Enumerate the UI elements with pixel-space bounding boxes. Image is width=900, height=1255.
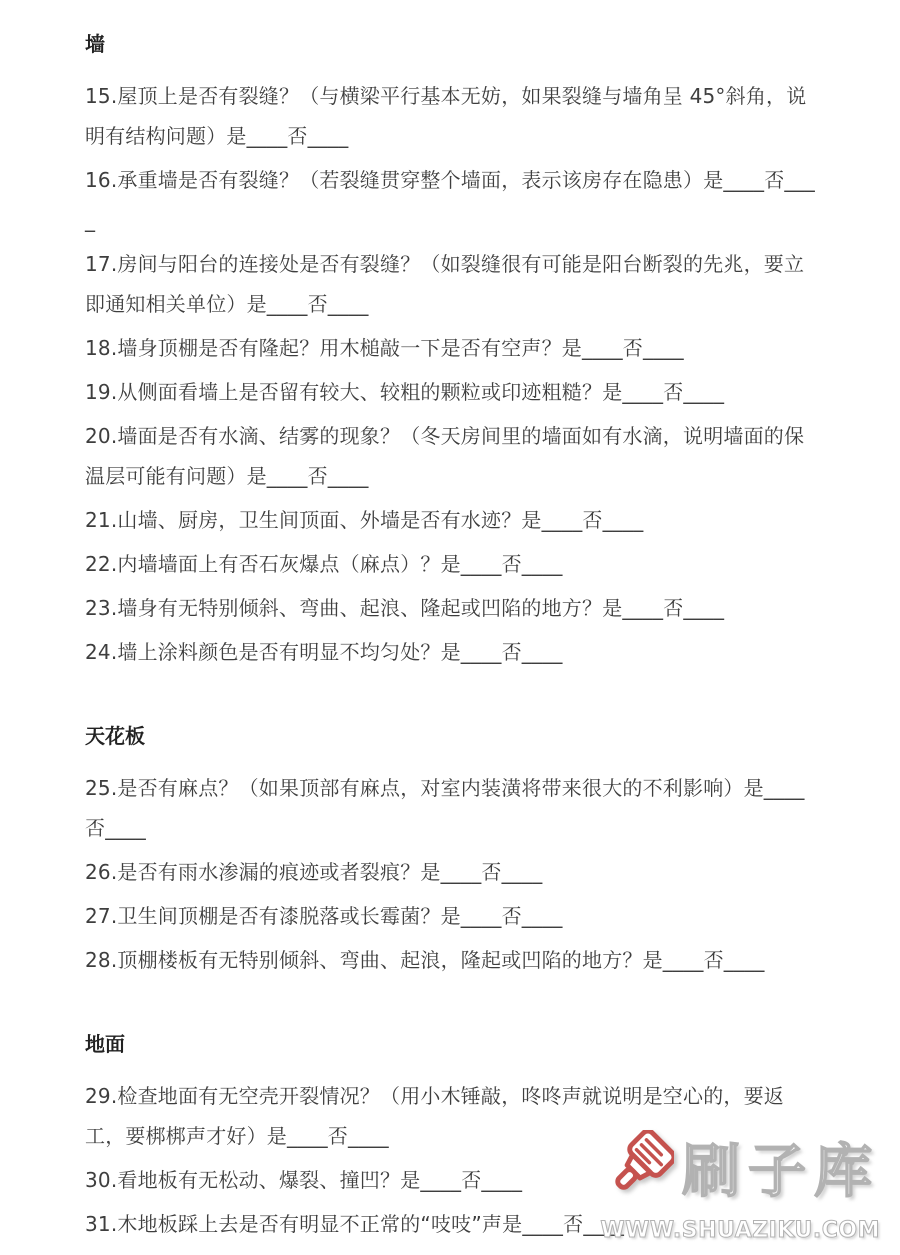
question-item: 27.卫生间顶棚是否有漆脱落或长霉菌？是____否____	[85, 896, 816, 936]
question-item: 24.墙上涂料颜色是否有明显不均匀处？是____否____	[85, 632, 816, 672]
question-item: 22.内墙墙面上有否石灰爆点（麻点）？是____否____	[85, 544, 816, 584]
question-item: 19.从侧面看墙上是否留有较大、较粗的颗粒或印迹粗糙？是____否____	[85, 372, 816, 412]
section-title: 天花板	[85, 716, 816, 756]
question-item: 23.墙身有无特别倾斜、弯曲、起浪、隆起或凹陷的地方？是____否____	[85, 588, 816, 628]
question-item: 18.墙身顶棚是否有隆起？用木槌敲一下是否有空声？是____否____	[85, 328, 816, 368]
document-page: 墙15.屋顶上是否有裂缝？（与横梁平行基本无妨，如果裂缝与墙角呈 45°斜角，说…	[0, 0, 900, 1255]
question-item: 17.房间与阳台的连接处是否有裂缝？（如裂缝很有可能是阳台断裂的先兆，要立即通知…	[85, 244, 816, 324]
question-item: 21.山墙、厨房，卫生间顶面、外墙是否有水迹？是____否____	[85, 500, 816, 540]
section-title: 墙	[85, 24, 816, 64]
section-title: 地面	[85, 1024, 816, 1064]
watermark: 刷子库 WWW.SHUAZIKU.COM	[600, 1130, 880, 1243]
question-item: 16.承重墙是否有裂缝？（若裂缝贯穿整个墙面，表示该房存在隐患）是____否__…	[85, 160, 816, 240]
question-item: 25.是否有麻点？（如果顶部有麻点，对室内装潢将带来很大的不利影响）是____否…	[85, 768, 816, 848]
watermark-brand: 刷子库	[682, 1140, 880, 1204]
question-item: 20.墙面是否有水滴、结雾的现象？（冬天房间里的墙面如有水滴，说明墙面的保温层可…	[85, 416, 816, 496]
question-sections: 墙15.屋顶上是否有裂缝？（与横梁平行基本无妨，如果裂缝与墙角呈 45°斜角，说…	[0, 0, 900, 1244]
watermark-brand-row: 刷子库	[600, 1130, 880, 1214]
question-item: 26.是否有雨水渗漏的痕迹或者裂痕？是____否____	[85, 852, 816, 892]
question-item: 15.屋顶上是否有裂缝？（与横梁平行基本无妨，如果裂缝与墙角呈 45°斜角，说明…	[85, 76, 816, 156]
question-item: 28.顶棚楼板有无特别倾斜、弯曲、起浪，隆起或凹陷的地方？是____否____	[85, 940, 816, 980]
watermark-url: WWW.SHUAZIKU.COM	[600, 1218, 880, 1243]
paint-brush-icon	[604, 1130, 674, 1214]
